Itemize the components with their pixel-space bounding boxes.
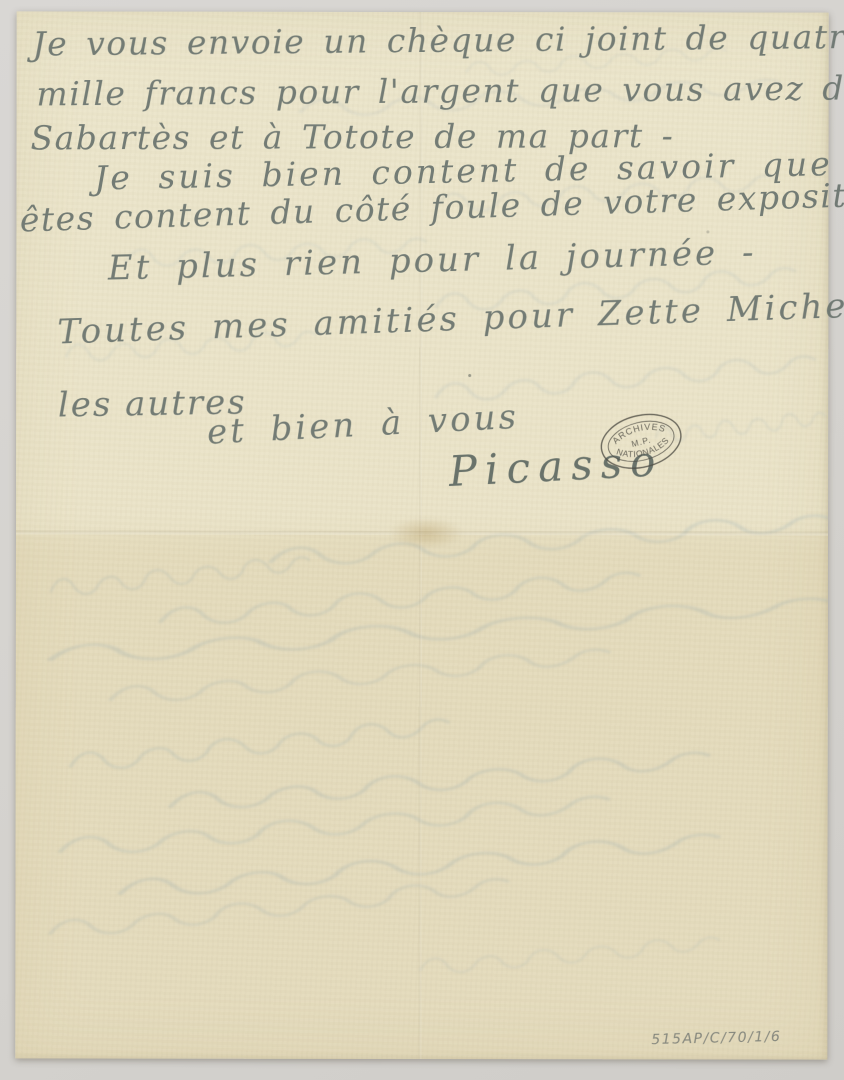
letter-page: Je vous envoie un chèque ci joint de qua… xyxy=(15,11,828,1059)
scanned-letter-screenshot: { "letter": { "lines": [ "Je vous envoie… xyxy=(0,0,844,1080)
handwriting-line: et bien à vous xyxy=(206,397,520,453)
paper-speck xyxy=(706,230,709,233)
handwriting-line: Et plus rien pour la journée - xyxy=(107,232,757,288)
handwriting-line: Je vous envoie un chèque ci joint de qua… xyxy=(32,16,844,63)
lower-half-tone xyxy=(15,533,828,1059)
archive-stamp: ARCHIVES M.P. NATIONALES xyxy=(592,403,689,480)
paper-speck xyxy=(468,374,471,377)
fold-smudge xyxy=(388,517,464,549)
handwriting-line: mille francs pour l'argent que vous avez… xyxy=(36,68,844,114)
fold-line-horizontal xyxy=(16,530,828,535)
handwriting-line: Toutes mes amitiés pour Zette Michel et xyxy=(57,283,844,352)
archive-reference: 515AP/C/70/1/6 xyxy=(651,1029,781,1048)
